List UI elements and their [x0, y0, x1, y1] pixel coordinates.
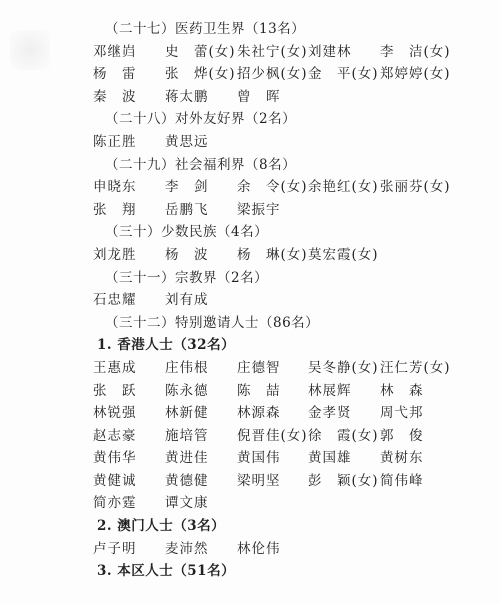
- name-row: 申晓东 李 剑 余 令(女) 余艳红(女) 张丽芬(女): [93, 176, 493, 199]
- name-row: 刘龙胜 杨 波 杨 琳(女) 莫宏霞(女): [93, 244, 493, 267]
- person-name: 曾 晖: [237, 86, 281, 109]
- person-name: 林新健: [165, 402, 209, 425]
- person-name: 莫宏霞(女): [308, 244, 379, 267]
- person-name: 石忠耀: [93, 289, 137, 312]
- person-name: 陈永德: [165, 380, 209, 403]
- person-name: 林展辉: [308, 380, 352, 403]
- name-row: 简亦霆 谭文康: [93, 492, 493, 515]
- person-name: 刘有成: [165, 289, 209, 312]
- person-name: 林伦伟: [237, 538, 281, 561]
- person-name: 林源森: [237, 402, 281, 425]
- person-name: 李 洁(女): [380, 41, 451, 64]
- subsection-heading-local: 3. 本区人士（51名）: [93, 560, 493, 583]
- name-row: 秦 波 蒋太鹏 曾 晖: [93, 86, 493, 109]
- person-name: 林锐强: [93, 402, 137, 425]
- person-name: 麦沛然: [165, 538, 209, 561]
- person-name: 吴冬静(女): [308, 357, 379, 380]
- person-name: 朱社宁(女): [237, 41, 308, 64]
- person-name: 黄德健: [165, 470, 209, 493]
- person-name: 郭 俊: [380, 425, 424, 448]
- person-name: 史 蕾(女): [165, 41, 236, 64]
- person-name: 蒋太鹏: [165, 86, 209, 109]
- person-name: 黄进佳: [165, 447, 209, 470]
- person-name: 招少枫(女): [237, 63, 308, 86]
- section-heading-28: （二十八）对外友好界（2名）: [93, 108, 493, 131]
- section-heading-30: （三十）少数民族（4名）: [93, 221, 493, 244]
- person-name: 申晓东: [93, 176, 137, 199]
- person-name: 王惠成: [93, 357, 137, 380]
- person-name: 张 翔: [93, 199, 137, 222]
- person-name: 刘龙胜: [93, 244, 137, 267]
- person-name: 秦 波: [93, 86, 137, 109]
- subsection-heading-hong-kong: 1. 香港人士（32名）: [93, 334, 493, 357]
- person-name: 黄伟华: [93, 447, 137, 470]
- name-list-document: （二十七）医药卫生界（13名） 邓继岿 史 蕾(女) 朱社宁(女) 刘建林 李 …: [93, 18, 493, 583]
- scan-smudge: [10, 30, 50, 70]
- person-name: 黄树东: [380, 447, 424, 470]
- person-name: 施培管: [165, 425, 209, 448]
- person-name: 汪仁芳(女): [380, 357, 451, 380]
- name-row: 杨 雷 张 烨(女) 招少枫(女) 金 平(女) 郑婷婷(女): [93, 63, 493, 86]
- person-name: 倪晋佳(女): [237, 425, 308, 448]
- person-name: 杨 琳(女): [237, 244, 308, 267]
- name-row: 石忠耀 刘有成: [93, 289, 493, 312]
- person-name: 金孝贤: [308, 402, 352, 425]
- person-name: 邓继岿: [93, 41, 137, 64]
- person-name: 徐 霞(女): [308, 425, 379, 448]
- person-name: 岳鹏飞: [165, 199, 209, 222]
- name-row: 陈正胜 黄思远: [93, 131, 493, 154]
- name-row: 张 翔 岳鹏飞 梁振宇: [93, 199, 493, 222]
- name-row: 王惠成 庄伟根 庄德智 吴冬静(女) 汪仁芳(女): [93, 357, 493, 380]
- section-heading-31: （三十一）宗教界（2名）: [93, 267, 493, 290]
- person-name: 谭文康: [165, 492, 209, 515]
- person-name: 黄思远: [165, 131, 209, 154]
- document-page: （二十七）医药卫生界（13名） 邓继岿 史 蕾(女) 朱社宁(女) 刘建林 李 …: [0, 0, 500, 603]
- person-name: 杨 波: [165, 244, 209, 267]
- name-row: 黄伟华 黄进佳 黄国伟 黄国雄 黄树东: [93, 447, 493, 470]
- section-heading-32: （三十二）特别邀请人士（86名）: [93, 312, 493, 335]
- person-name: 梁振宇: [237, 199, 281, 222]
- person-name: 简亦霆: [93, 492, 137, 515]
- section-heading-29: （二十九）社会福利界（8名）: [93, 154, 493, 177]
- person-name: 赵志豪: [93, 425, 137, 448]
- person-name: 陈正胜: [93, 131, 137, 154]
- person-name: 周弋邦: [380, 402, 424, 425]
- person-name: 彭 颖(女): [308, 470, 379, 493]
- person-name: 刘建林: [308, 41, 352, 64]
- person-name: 黄健诚: [93, 470, 137, 493]
- person-name: 杨 雷: [93, 63, 137, 86]
- person-name: 林 森: [380, 380, 424, 403]
- name-row: 卢子明 麦沛然 林伦伟: [93, 538, 493, 561]
- person-name: 郑婷婷(女): [380, 63, 451, 86]
- person-name: 张 烨(女): [165, 63, 236, 86]
- section-heading-27: （二十七）医药卫生界（13名）: [93, 18, 493, 41]
- person-name: 陈 喆: [237, 380, 281, 403]
- person-name: 庄德智: [237, 357, 281, 380]
- person-name: 简伟峰: [380, 470, 424, 493]
- name-row: 赵志豪 施培管 倪晋佳(女) 徐 霞(女) 郭 俊: [93, 425, 493, 448]
- person-name: 黄国伟: [237, 447, 281, 470]
- person-name: 黄国雄: [308, 447, 352, 470]
- name-row: 张 跃 陈永德 陈 喆 林展辉 林 森: [93, 380, 493, 403]
- person-name: 李 剑: [165, 176, 209, 199]
- person-name: 余 令(女): [237, 176, 308, 199]
- name-row: 邓继岿 史 蕾(女) 朱社宁(女) 刘建林 李 洁(女): [93, 41, 493, 64]
- person-name: 梁明坚: [237, 470, 281, 493]
- name-row: 林锐强 林新健 林源森 金孝贤 周弋邦: [93, 402, 493, 425]
- person-name: 金 平(女): [308, 63, 379, 86]
- person-name: 张 跃: [93, 380, 137, 403]
- subsection-heading-macau: 2. 澳门人士（3名）: [93, 515, 493, 538]
- person-name: 余艳红(女): [308, 176, 379, 199]
- person-name: 张丽芬(女): [380, 176, 451, 199]
- name-row: 黄健诚 黄德健 梁明坚 彭 颖(女) 简伟峰: [93, 470, 493, 493]
- person-name: 卢子明: [93, 538, 137, 561]
- person-name: 庄伟根: [165, 357, 209, 380]
